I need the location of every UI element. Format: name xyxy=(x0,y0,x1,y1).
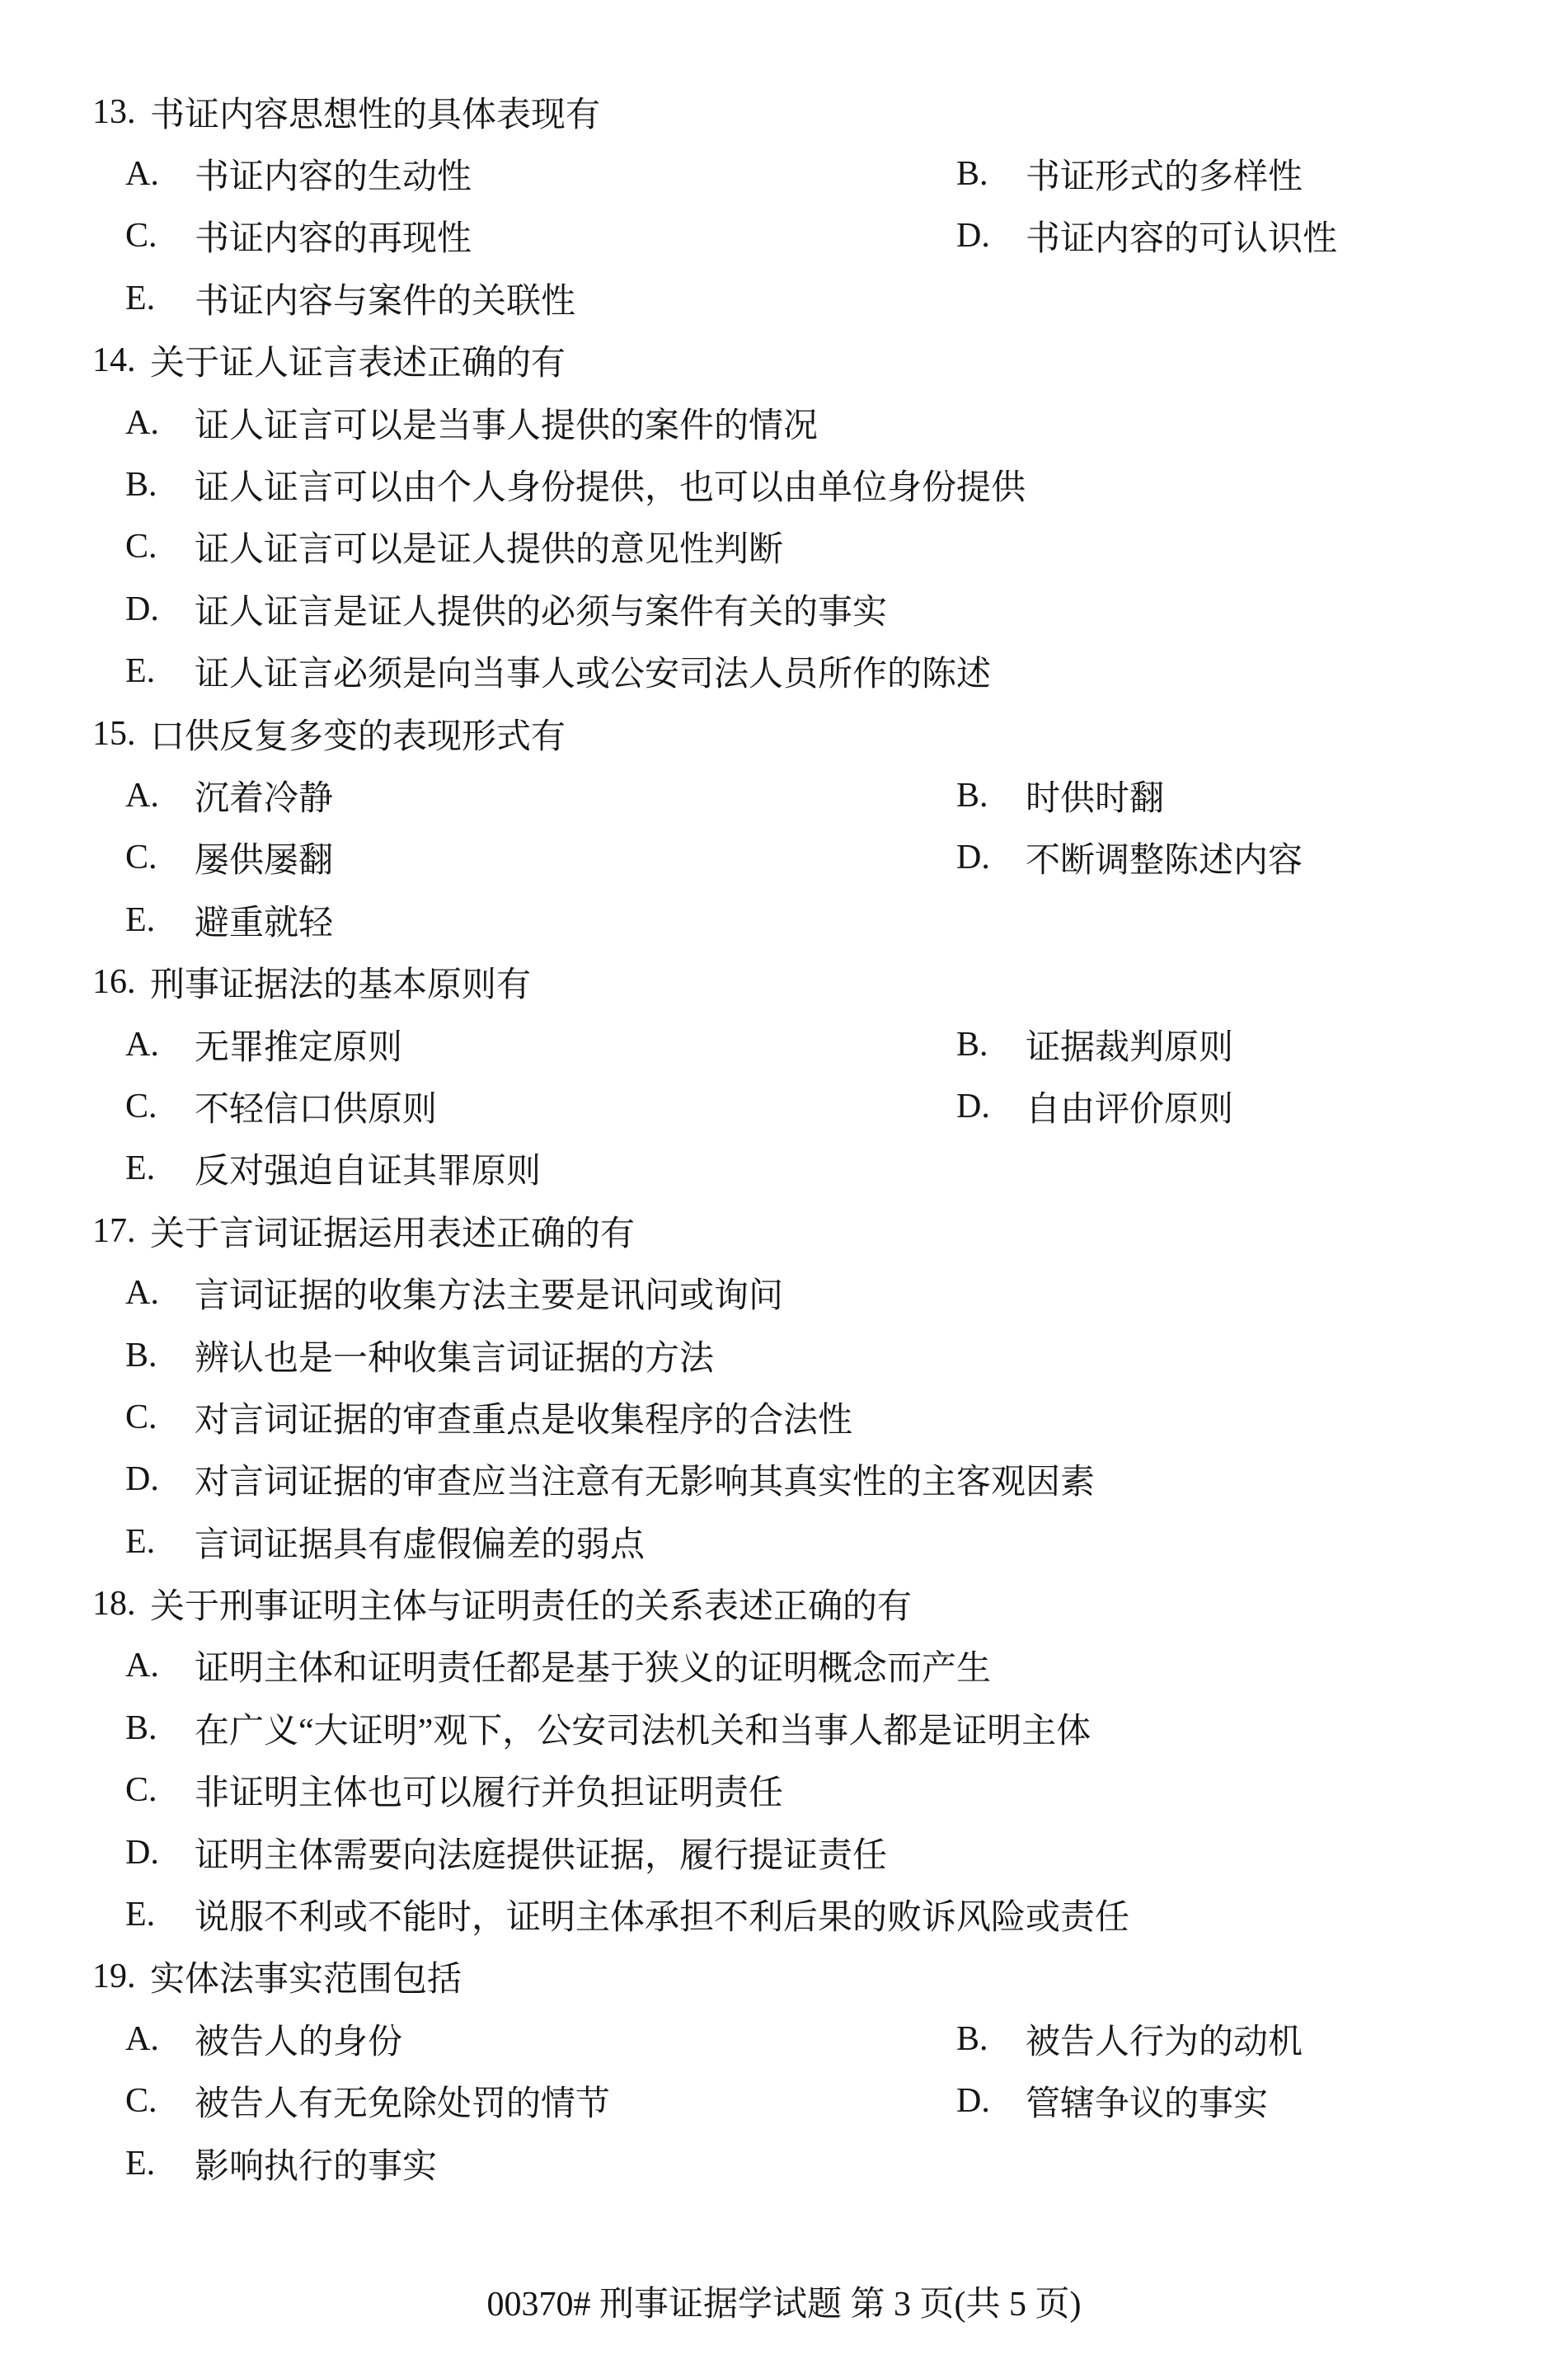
option: A.证明主体和证明责任都是基于狭义的证明概念而产生 xyxy=(125,1641,991,1690)
option-label: B. xyxy=(956,1025,1026,1065)
option-row: B.辨认也是一种收集言词证据的方法 xyxy=(0,1324,1568,1386)
option-row: A.证人证言可以是当事人提供的案件的情况 xyxy=(0,392,1568,454)
option-label: D. xyxy=(956,216,1026,256)
option-label: C. xyxy=(125,1087,195,1126)
option-row: A.沉着冷静B.时供时翻 xyxy=(0,764,1568,826)
option-label: B. xyxy=(956,2019,1026,2059)
option: B.辨认也是一种收集言词证据的方法 xyxy=(125,1331,714,1380)
question-line: 18.关于刑事证明主体与证明责任的关系表述正确的有 xyxy=(0,1572,1568,1634)
option-label: A. xyxy=(125,403,195,443)
question-block: 13.书证内容思想性的具体表现有A.书证内容的生动性B.书证形式的多样性C.书证… xyxy=(0,81,1568,330)
option-text: 反对强迫自证其罪原则 xyxy=(195,1144,541,1193)
option-row: E.书证内容与案件的关联性 xyxy=(0,267,1568,329)
option-row: E.影响执行的事实 xyxy=(0,2132,1568,2194)
option-label: E. xyxy=(125,279,195,318)
option-row: E.避重就轻 xyxy=(0,889,1568,951)
question-text: 关于刑事证明主体与证明责任的关系表述正确的有 xyxy=(150,1579,912,1628)
option-text: 证明主体和证明责任都是基于狭义的证明概念而产生 xyxy=(195,1641,991,1690)
question-text: 书证内容思想性的具体表现有 xyxy=(150,87,600,137)
option-text: 不断调整陈述内容 xyxy=(1026,833,1303,882)
option-label: B. xyxy=(956,776,1026,815)
question-block: 16.刑事证据法的基本原则有A.无罪推定原则B.证据裁判原则C.不轻信口供原则D… xyxy=(0,951,1568,1200)
option: E.证人证言必须是向当事人或公安司法人员所作的陈述 xyxy=(125,646,991,696)
option-text: 管辖争议的事实 xyxy=(1026,2076,1268,2126)
option-label: A. xyxy=(125,2019,195,2059)
question-text: 口供反复多变的表现形式有 xyxy=(150,709,566,759)
option-label: D. xyxy=(956,2081,1026,2121)
option-label: C. xyxy=(125,1770,195,1810)
question-block: 14.关于证人证言表述正确的有A.证人证言可以是当事人提供的案件的情况B.证人证… xyxy=(0,330,1568,703)
option: E.反对强迫自证其罪原则 xyxy=(125,1144,541,1193)
option-row: E.说服不利或不能时，证明主体承担不利后果的败诉风险或责任 xyxy=(0,1883,1568,1945)
option: A.沉着冷静 xyxy=(125,771,956,820)
option-row: A.无罪推定原则B.证据裁判原则 xyxy=(0,1013,1568,1075)
option: D.对言词证据的审查应当注意有无影响其真实性的主客观因素 xyxy=(125,1455,1095,1504)
option-text: 证据裁判原则 xyxy=(1026,1020,1233,1069)
option-text: 证明主体需要向法庭提供证据，履行提证责任 xyxy=(195,1828,887,1878)
option-label: C. xyxy=(125,2081,195,2121)
option-text: 被告人行为的动机 xyxy=(1026,2014,1303,2064)
option: C.对言词证据的审查重点是收集程序的合法性 xyxy=(125,1393,852,1442)
option-row: C.对言词证据的审查重点是收集程序的合法性 xyxy=(0,1386,1568,1448)
option-row: E.言词证据具有虚假偏差的弱点 xyxy=(0,1511,1568,1572)
option-row: A.被告人的身份B.被告人行为的动机 xyxy=(0,2008,1568,2070)
option-text: 避重就轻 xyxy=(195,895,333,945)
option-label: E. xyxy=(125,1522,195,1562)
question-number: 16. xyxy=(92,962,150,1002)
option-row: E.反对强迫自证其罪原则 xyxy=(0,1138,1568,1200)
option-label: B. xyxy=(956,154,1026,194)
option-row: D.证人证言是证人提供的必须与案件有关的事实 xyxy=(0,578,1568,640)
option-text: 自由评价原则 xyxy=(1026,1082,1233,1131)
option-label: A. xyxy=(125,1025,195,1065)
option: A.被告人的身份 xyxy=(125,2014,956,2064)
option-label: E. xyxy=(125,651,195,691)
option-row: B.在广义“大证明”观下，公安司法机关和当事人都是证明主体 xyxy=(0,1697,1568,1759)
option-text: 屡供屡翻 xyxy=(195,833,333,882)
option-row: C.不轻信口供原则D.自由评价原则 xyxy=(0,1075,1568,1137)
option-label: B. xyxy=(125,1708,195,1748)
option: E.影响执行的事实 xyxy=(125,2139,437,2188)
option-text: 书证内容的再现性 xyxy=(195,211,472,261)
option: B.书证形式的多样性 xyxy=(956,149,1303,199)
option-text: 被告人的身份 xyxy=(195,2014,402,2064)
option: C.不轻信口供原则 xyxy=(125,1082,956,1131)
option-text: 说服不利或不能时，证明主体承担不利后果的败诉风险或责任 xyxy=(195,1890,1129,1939)
option-text: 言词证据具有虚假偏差的弱点 xyxy=(195,1517,645,1567)
question-line: 17.关于言词证据运用表述正确的有 xyxy=(0,1200,1568,1262)
option: E.说服不利或不能时，证明主体承担不利后果的败诉风险或责任 xyxy=(125,1890,1129,1939)
question-line: 14.关于证人证言表述正确的有 xyxy=(0,330,1568,392)
option-row: A.书证内容的生动性B.书证形式的多样性 xyxy=(0,143,1568,204)
option-text: 无罪推定原则 xyxy=(195,1020,402,1069)
option-text: 证人证言必须是向当事人或公安司法人员所作的陈述 xyxy=(195,646,991,696)
question-text: 刑事证据法的基本原则有 xyxy=(150,957,531,1007)
option: B.证据裁判原则 xyxy=(956,1020,1233,1069)
option: B.被告人行为的动机 xyxy=(956,2014,1303,2064)
question-line: 16.刑事证据法的基本原则有 xyxy=(0,951,1568,1013)
option: D.证明主体需要向法庭提供证据，履行提证责任 xyxy=(125,1828,887,1878)
question-text: 实体法事实范围包括 xyxy=(150,1952,462,2001)
question-number: 15. xyxy=(92,714,150,754)
option-row: C.被告人有无免除处罚的情节D.管辖争议的事实 xyxy=(0,2070,1568,2132)
option-text: 言词证据的收集方法主要是讯问或询问 xyxy=(195,1268,783,1318)
option-text: 证人证言可以是证人提供的意见性判断 xyxy=(195,522,783,571)
option-label: A. xyxy=(125,1646,195,1685)
question-number: 17. xyxy=(92,1211,150,1251)
option-text: 在广义“大证明”观下，公安司法机关和当事人都是证明主体 xyxy=(195,1704,1091,1753)
option: D.证人证言是证人提供的必须与案件有关的事实 xyxy=(125,585,887,634)
option-row: C.书证内容的再现性D.书证内容的可认识性 xyxy=(0,205,1568,267)
option: C.书证内容的再现性 xyxy=(125,211,956,261)
option-row: D.对言词证据的审查应当注意有无影响其真实性的主客观因素 xyxy=(0,1449,1568,1511)
option: D.书证内容的可认识性 xyxy=(956,211,1337,261)
option-text: 对言词证据的审查重点是收集程序的合法性 xyxy=(195,1393,852,1442)
option: E.言词证据具有虚假偏差的弱点 xyxy=(125,1517,645,1567)
option-row: C.非证明主体也可以履行并负担证明责任 xyxy=(0,1760,1568,1821)
question-block: 15.口供反复多变的表现形式有A.沉着冷静B.时供时翻C.屡供屡翻D.不断调整陈… xyxy=(0,703,1568,952)
option-text: 书证内容的可认识性 xyxy=(1026,211,1337,261)
option-label: E. xyxy=(125,2144,195,2183)
option: C.证人证言可以是证人提供的意见性判断 xyxy=(125,522,783,571)
option-label: D. xyxy=(125,1459,195,1499)
option-text: 对言词证据的审查应当注意有无影响其真实性的主客观因素 xyxy=(195,1455,1095,1504)
question-number: 14. xyxy=(92,341,150,380)
option-label: E. xyxy=(125,1895,195,1934)
option: A.言词证据的收集方法主要是讯问或询问 xyxy=(125,1268,783,1318)
option-text: 时供时翻 xyxy=(1026,771,1164,820)
option: C.被告人有无免除处罚的情节 xyxy=(125,2076,956,2126)
option-label: D. xyxy=(956,1087,1026,1126)
question-list: 13.书证内容思想性的具体表现有A.书证内容的生动性B.书证形式的多样性C.书证… xyxy=(0,81,1568,2194)
option-row: D.证明主体需要向法庭提供证据，履行提证责任 xyxy=(0,1821,1568,1883)
option-text: 辨认也是一种收集言词证据的方法 xyxy=(195,1331,714,1380)
question-text: 关于证人证言表述正确的有 xyxy=(150,336,566,385)
option-label: E. xyxy=(125,1149,195,1188)
option-label: D. xyxy=(125,1833,195,1873)
option: B.时供时翻 xyxy=(956,771,1164,820)
option: B.证人证言可以由个人身份提供，也可以由单位身份提供 xyxy=(125,460,1026,510)
question-number: 19. xyxy=(92,1957,150,1996)
option-label: C. xyxy=(125,1398,195,1437)
option-text: 非证明主体也可以履行并负担证明责任 xyxy=(195,1765,783,1815)
option-text: 被告人有无免除处罚的情节 xyxy=(195,2076,610,2126)
option-row: A.言词证据的收集方法主要是讯问或询问 xyxy=(0,1262,1568,1323)
option-text: 证人证言可以由个人身份提供，也可以由单位身份提供 xyxy=(195,460,1026,510)
option-row: C.证人证言可以是证人提供的意见性判断 xyxy=(0,516,1568,578)
option-label: A. xyxy=(125,776,195,815)
option-label: B. xyxy=(125,1336,195,1375)
option: E.书证内容与案件的关联性 xyxy=(125,274,575,323)
option-text: 书证形式的多样性 xyxy=(1026,149,1303,199)
option-label: C. xyxy=(125,838,195,877)
question-block: 17.关于言词证据运用表述正确的有A.言词证据的收集方法主要是讯问或询问B.辨认… xyxy=(0,1200,1568,1572)
option-label: A. xyxy=(125,1273,195,1313)
option: C.非证明主体也可以履行并负担证明责任 xyxy=(125,1765,783,1815)
option-row: E.证人证言必须是向当事人或公安司法人员所作的陈述 xyxy=(0,641,1568,703)
option: A.无罪推定原则 xyxy=(125,1020,956,1069)
option: B.在广义“大证明”观下，公安司法机关和当事人都是证明主体 xyxy=(125,1704,1091,1753)
footer-text: 00370# 刑事证据学试题 第 3 页(共 5 页) xyxy=(487,2286,1082,2324)
option-row: B.证人证言可以由个人身份提供，也可以由单位身份提供 xyxy=(0,454,1568,515)
option-text: 书证内容与案件的关联性 xyxy=(195,274,575,323)
option-text: 不轻信口供原则 xyxy=(195,1082,437,1131)
option-text: 证人证言可以是当事人提供的案件的情况 xyxy=(195,398,818,448)
option: E.避重就轻 xyxy=(125,895,333,945)
option-label: C. xyxy=(125,527,195,566)
question-line: 15.口供反复多变的表现形式有 xyxy=(0,703,1568,764)
question-number: 13. xyxy=(92,92,150,132)
option: D.管辖争议的事实 xyxy=(956,2076,1268,2126)
option-label: D. xyxy=(956,838,1026,877)
option: A.证人证言可以是当事人提供的案件的情况 xyxy=(125,398,818,448)
option: A.书证内容的生动性 xyxy=(125,149,956,199)
option-text: 证人证言是证人提供的必须与案件有关的事实 xyxy=(195,585,887,634)
option-text: 书证内容的生动性 xyxy=(195,149,472,199)
option-label: E. xyxy=(125,900,195,940)
question-line: 19.实体法事实范围包括 xyxy=(0,1946,1568,2008)
option-label: D. xyxy=(125,590,195,629)
option: D.自由评价原则 xyxy=(956,1082,1233,1131)
question-block: 18.关于刑事证明主体与证明责任的关系表述正确的有A.证明主体和证明责任都是基于… xyxy=(0,1572,1568,1945)
question-number: 18. xyxy=(92,1584,150,1624)
page-footer: 00370# 刑事证据学试题 第 3 页(共 5 页) xyxy=(0,2277,1568,2326)
option: C.屡供屡翻 xyxy=(125,833,956,882)
option-text: 沉着冷静 xyxy=(195,771,333,820)
exam-page: 13.书证内容思想性的具体表现有A.书证内容的生动性B.书证形式的多样性C.书证… xyxy=(0,0,1568,2326)
option-label: C. xyxy=(125,216,195,256)
option: D.不断调整陈述内容 xyxy=(956,833,1303,882)
option-row: C.屡供屡翻D.不断调整陈述内容 xyxy=(0,827,1568,889)
question-block: 19.实体法事实范围包括A.被告人的身份B.被告人行为的动机C.被告人有无免除处… xyxy=(0,1946,1568,2195)
option-label: A. xyxy=(125,154,195,194)
option-text: 影响执行的事实 xyxy=(195,2139,437,2188)
question-text: 关于言词证据运用表述正确的有 xyxy=(150,1206,635,1256)
question-line: 13.书证内容思想性的具体表现有 xyxy=(0,81,1568,143)
option-label: B. xyxy=(125,465,195,505)
option-row: A.证明主体和证明责任都是基于狭义的证明概念而产生 xyxy=(0,1635,1568,1697)
